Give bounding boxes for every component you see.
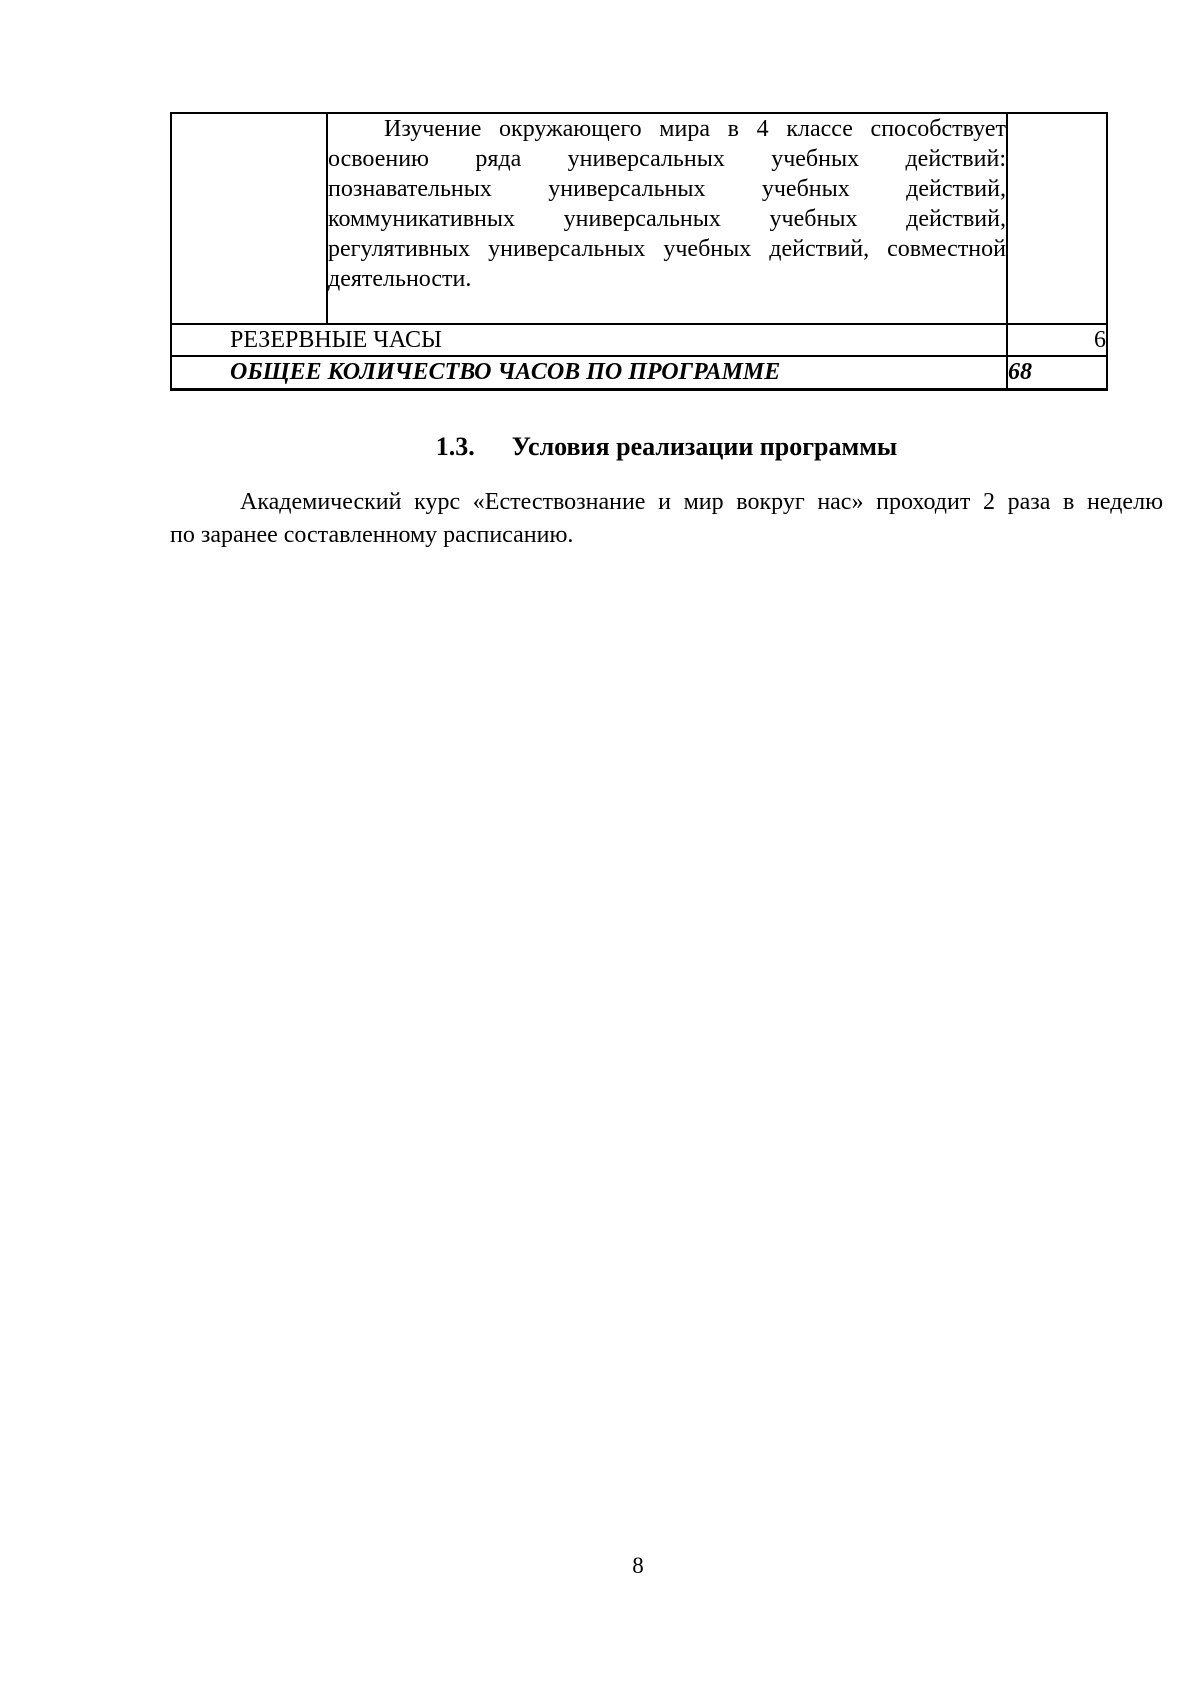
section-heading: 1.3.Условия реализации программы <box>170 431 1163 463</box>
table-row-reserve-hours: РЕЗЕРВНЫЕ ЧАСЫ 6 <box>171 324 1107 356</box>
table-cell-description: Изучение окружающего мира в 4 классе спо… <box>327 113 1007 324</box>
total-hours-value: 68 <box>1007 356 1107 389</box>
table-cell-empty-left <box>171 113 327 324</box>
page-number: 8 <box>170 1553 1106 1579</box>
reserve-hours-label: РЕЗЕРВНЫЕ ЧАСЫ <box>171 324 1007 356</box>
document-page: Изучение окружающего мира в 4 классе спо… <box>0 0 1190 1683</box>
table-cell-hours-empty <box>1007 113 1107 324</box>
reserve-hours-value: 6 <box>1007 324 1107 356</box>
table-row-description: Изучение окружающего мира в 4 классе спо… <box>171 113 1107 324</box>
section-heading-title: Условия реализации программы <box>512 432 897 461</box>
program-hours-table: Изучение окружающего мира в 4 классе спо… <box>170 112 1108 391</box>
total-hours-label: ОБЩЕЕ КОЛИЧЕСТВО ЧАСОВ ПО ПРОГРАММЕ <box>171 356 1007 389</box>
table-row-total-hours: ОБЩЕЕ КОЛИЧЕСТВО ЧАСОВ ПО ПРОГРАММЕ 68 <box>171 356 1107 389</box>
body-paragraph: Академический курс «Естествознание и мир… <box>170 486 1163 552</box>
section-heading-number: 1.3. <box>436 432 475 461</box>
